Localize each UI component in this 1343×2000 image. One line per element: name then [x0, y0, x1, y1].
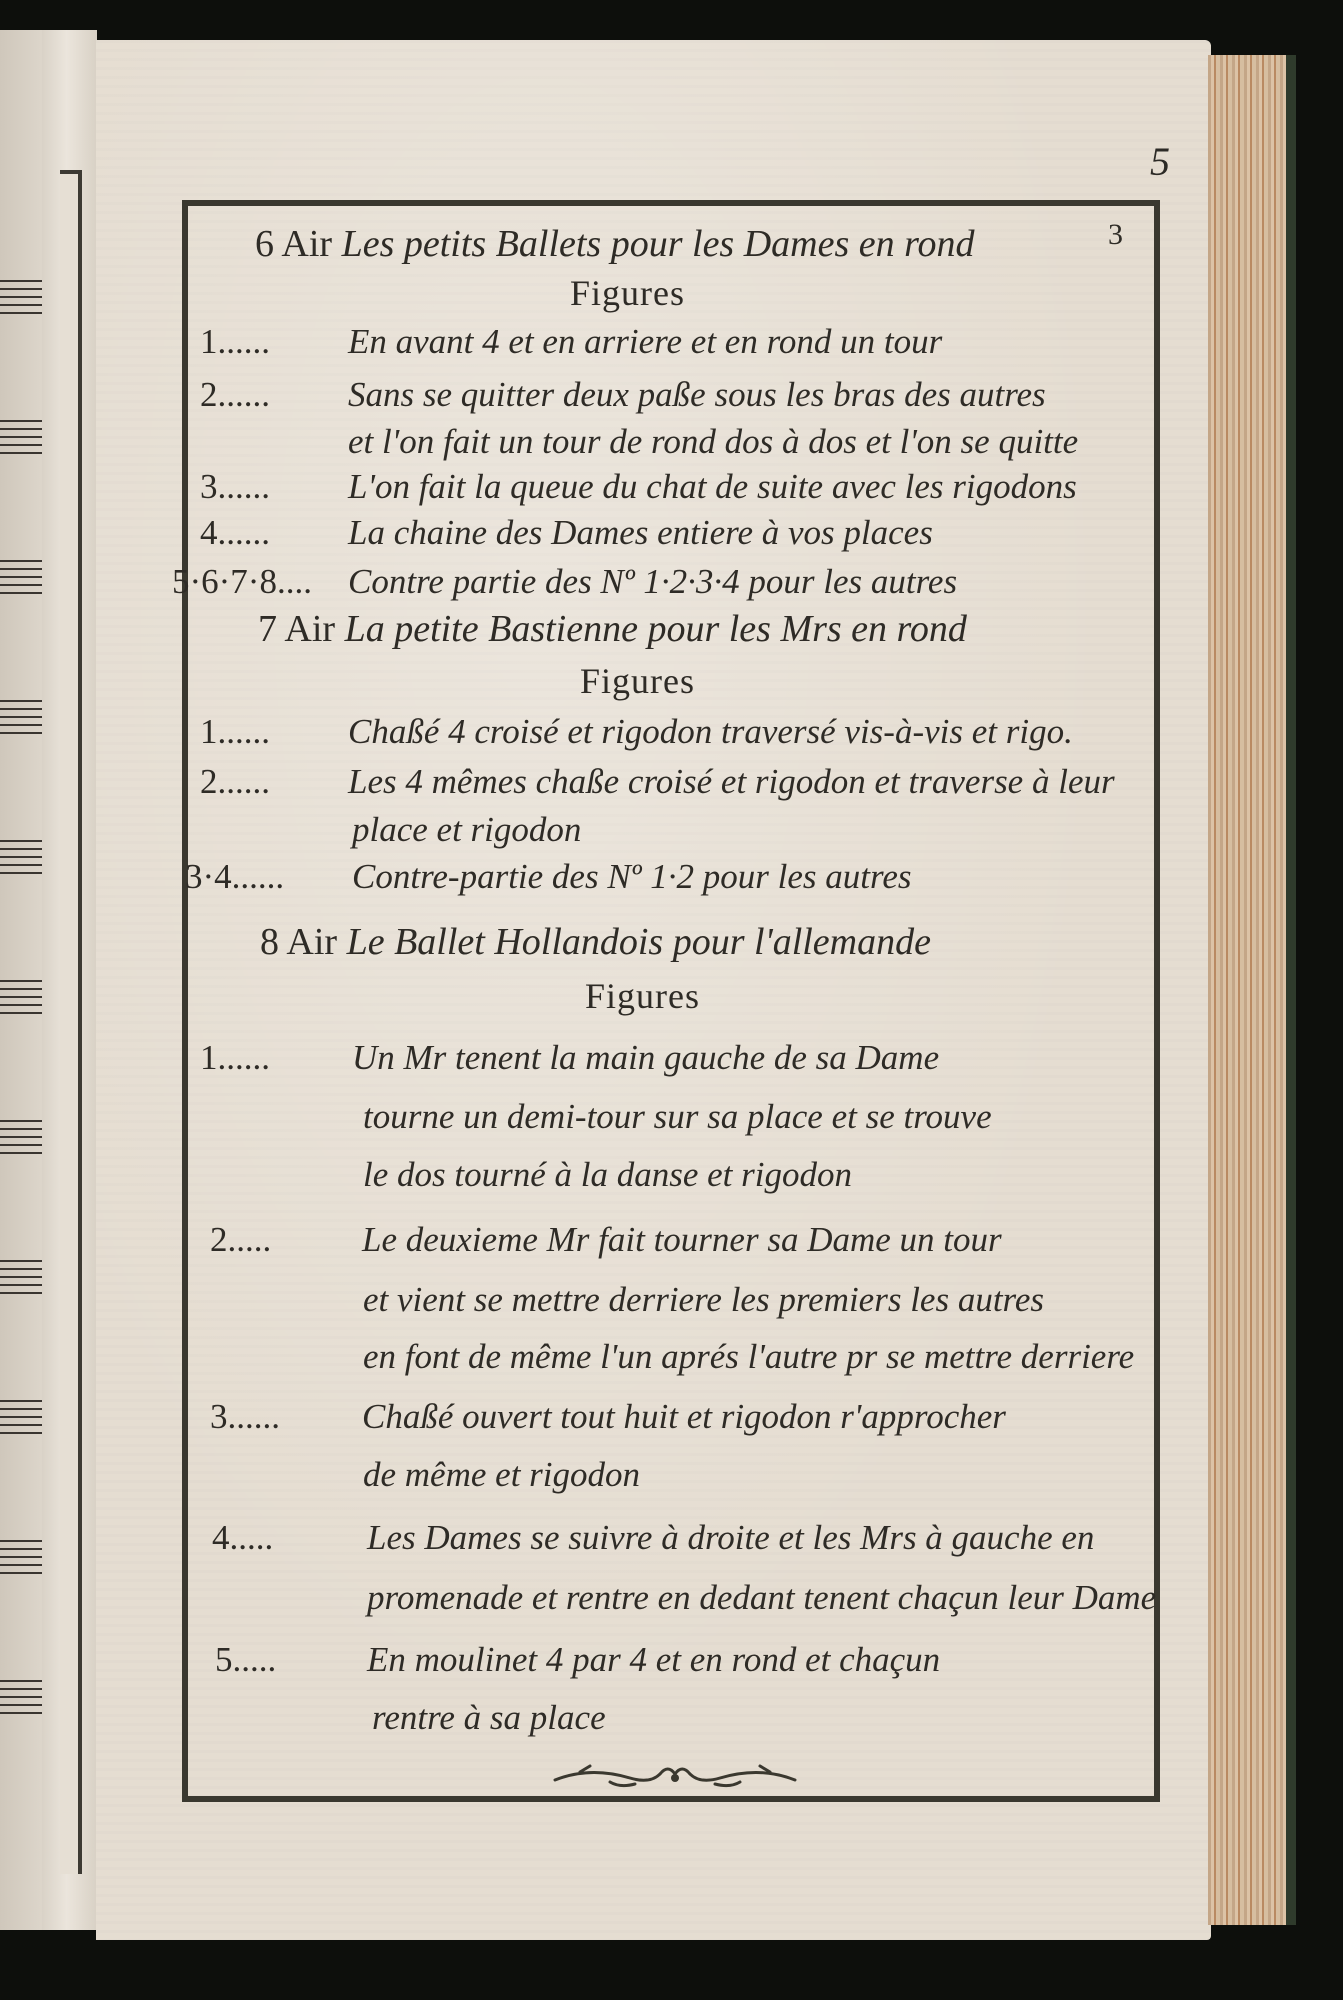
- air-label: Air: [281, 223, 332, 265]
- figures-heading: Figures: [580, 660, 695, 702]
- figure-item: 2......Sans se quitter deux paße sous le…: [200, 375, 1046, 415]
- figure-item: 1......Chaßé 4 croisé et rigodon travers…: [200, 712, 1073, 752]
- figure-continuation: promenade et rentre en dedant tenent cha…: [367, 1578, 1156, 1618]
- frame-number: 3: [1108, 218, 1123, 252]
- air-name: Les petits Ballets pour les Dames en ron…: [342, 223, 975, 265]
- figure-continuation: de même et rigodon: [363, 1455, 640, 1495]
- figure-item: 2......Les 4 mêmes chaße croisé et rigod…: [200, 762, 1115, 802]
- air-label: Air: [286, 921, 337, 963]
- figures-heading: Figures: [585, 975, 700, 1017]
- figure-item: 1......En avant 4 et en arriere et en ro…: [200, 322, 942, 362]
- figure-continuation: et l'on fait un tour de rond dos à dos e…: [348, 422, 1078, 462]
- figure-item: 5.....En moulinet 4 par 4 et en rond et …: [215, 1640, 940, 1680]
- air-label: Air: [284, 608, 335, 650]
- air-name: La petite Bastienne pour les Mrs en rond: [345, 608, 967, 650]
- figure-continuation: le dos tourné à la danse et rigodon: [363, 1155, 852, 1195]
- figure-continuation: et vient se mettre derriere les premiers…: [363, 1280, 1044, 1320]
- air-number: 8: [260, 921, 279, 963]
- figure-continuation: tourne un demi-tour sur sa place et se t…: [363, 1097, 992, 1137]
- figure-item: 2.....Le deuxieme Mr fait tourner sa Dam…: [210, 1220, 1002, 1260]
- figure-continuation: place et rigodon: [352, 810, 581, 850]
- section-title: 6 Air Les petits Ballets pour les Dames …: [255, 222, 975, 266]
- figure-item: 5·6·7·8....Contre partie des Nº 1·2·3·4 …: [172, 562, 957, 602]
- figure-continuation: rentre à sa place: [372, 1698, 606, 1738]
- previous-page-frame: [60, 170, 82, 1874]
- figures-heading: Figures: [570, 272, 685, 314]
- figure-item: 3......Chaßé ouvert tout huit et rigodon…: [210, 1397, 1006, 1437]
- page-number: 5: [1150, 138, 1170, 185]
- scroll-ornament-icon: [550, 1762, 800, 1790]
- figure-item: 3·4......Contre-partie des Nº 1·2 pour l…: [185, 857, 912, 897]
- figure-item: 4......La chaine des Dames entiere à vos…: [200, 513, 933, 553]
- section-title: 8 Air Le Ballet Hollandois pour l'allema…: [260, 920, 931, 964]
- figure-item: 3......L'on fait la queue du chat de sui…: [200, 467, 1077, 507]
- figure-continuation: en font de même l'un aprés l'autre pr se…: [363, 1337, 1134, 1377]
- figure-item: 1......Un Mr tenent la main gauche de sa…: [200, 1038, 939, 1078]
- figure-item: 4.....Les Dames se suivre à droite et le…: [212, 1518, 1094, 1558]
- air-number: 6: [255, 223, 274, 265]
- air-name: Le Ballet Hollandois pour l'allemande: [347, 921, 931, 963]
- page-stack-edge: [1208, 55, 1296, 1925]
- air-number: 7: [258, 608, 277, 650]
- section-title: 7 Air La petite Bastienne pour les Mrs e…: [258, 607, 967, 651]
